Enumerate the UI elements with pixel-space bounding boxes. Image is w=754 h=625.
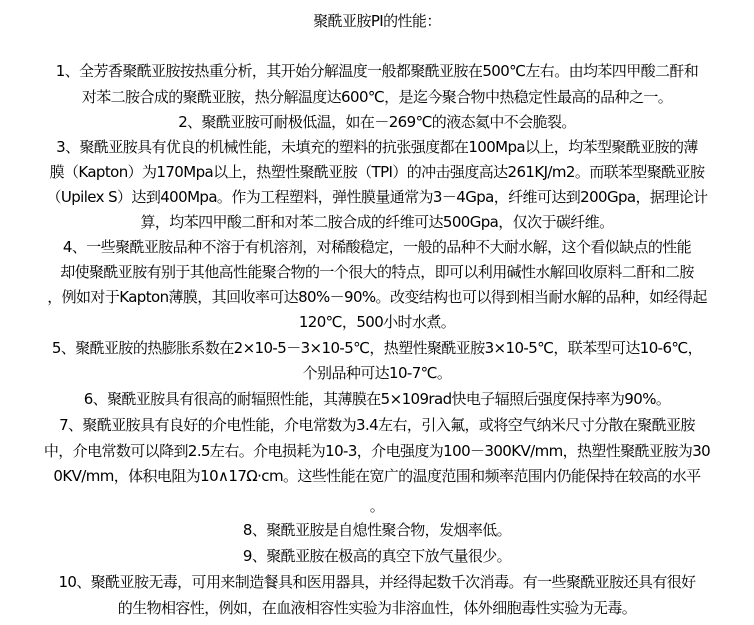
paragraph-10-line-2: 的生物相容性，例如，在血液相容性实验为非溶血性，体外细胞毒性实验为无毒。 bbox=[0, 597, 754, 619]
paragraph-7-line-2: 中，介电常数可以降到2.5左右。介电损耗为10-3，介电强度为100－300KV… bbox=[0, 440, 754, 462]
paragraph-7-line-3: 0KV/mm，体积电阻为10∧17Ω·cm。这些性能在宽广的温度范围和频率范围内… bbox=[0, 465, 754, 487]
paragraph-2-line-1: 2、聚酰亚胺可耐极低温，如在－269℃的液态氦中不会脆裂。 bbox=[0, 111, 754, 133]
paragraph-1-line-1: 1、全芳香聚酰亚胺按热重分析，其开始分解温度一般都聚酰亚胺在500℃左右。由均苯… bbox=[0, 60, 754, 82]
paragraph-3-line-3: （Upilex S）达到400Mpa。作为工程塑料，弹性膜量通常为3－4Gpa，… bbox=[0, 186, 754, 208]
paragraph-3-line-2: 膜（Kapton）为170Mpa以上，热塑性聚酰亚胺（TPI）的冲击强度高达26… bbox=[0, 161, 754, 183]
paragraph-5-line-2: 个别品种可达10-7℃。 bbox=[0, 362, 754, 384]
paragraph-3-line-1: 3、聚酰亚胺具有优良的机械性能，未填充的塑料的抗张强度都在100Mpa以上，均苯… bbox=[0, 136, 754, 158]
paragraph-7-line-1: 7、聚酰亚胺具有良好的介电性能，介电常数为3.4左右，引入氟，或将空气纳米尺寸分… bbox=[0, 414, 754, 436]
paragraph-1-line-2: 对苯二胺合成的聚酰亚胺，热分解温度达600℃，是迄今聚合物中热稳定性最高的品种之… bbox=[0, 86, 754, 108]
paragraph-8-line-1: 8、聚酰亚胺是自熄性聚合物，发烟率低。 bbox=[0, 519, 754, 541]
paragraph-4-line-4: 120℃，500小时水煮。 bbox=[0, 311, 754, 333]
document-page: 聚酰亚胺PI的性能： 1、全芳香聚酰亚胺按热重分析，其开始分解温度一般都聚酰亚胺… bbox=[0, 0, 754, 625]
paragraph-9-line-1: 9、聚酰亚胺在极高的真空下放气量很少。 bbox=[0, 545, 754, 567]
paragraph-6-line-1: 6、聚酰亚胺具有很高的耐辐照性能，其薄膜在5×109rad快电子辐照后强度保持率… bbox=[0, 388, 754, 410]
paragraph-7-line-4: 。 bbox=[0, 495, 754, 517]
paragraph-4-line-1: 4、一些聚酰亚胺品种不溶于有机溶剂，对稀酸稳定，一般的品种不大耐水解，这个看似缺… bbox=[0, 236, 754, 258]
paragraph-3-line-4: 算，均苯四甲酸二酐和对苯二胺合成的纤维可达500Gpa，仅次于碳纤维。 bbox=[0, 211, 754, 233]
paragraph-10-line-1: 10、聚酰亚胺无毒，可用来制造餐具和医用器具，并经得起数千次消毒。有一些聚酰亚胺… bbox=[0, 571, 754, 593]
document-title: 聚酰亚胺PI的性能： bbox=[0, 10, 754, 32]
paragraph-5-line-1: 5、聚酰亚胺的热膨胀系数在2×10-5－3×10-5℃，热塑性聚酰亚胺3×10-… bbox=[0, 337, 754, 359]
paragraph-4-line-3: ，例如对于Kapton薄膜，其回收率可达80%－90%。改变结构也可以得到相当耐… bbox=[0, 286, 754, 308]
paragraph-4-line-2: 却使聚酰亚胺有别于其他高性能聚合物的一个很大的特点，即可以利用碱性水解回收原料二… bbox=[0, 261, 754, 283]
